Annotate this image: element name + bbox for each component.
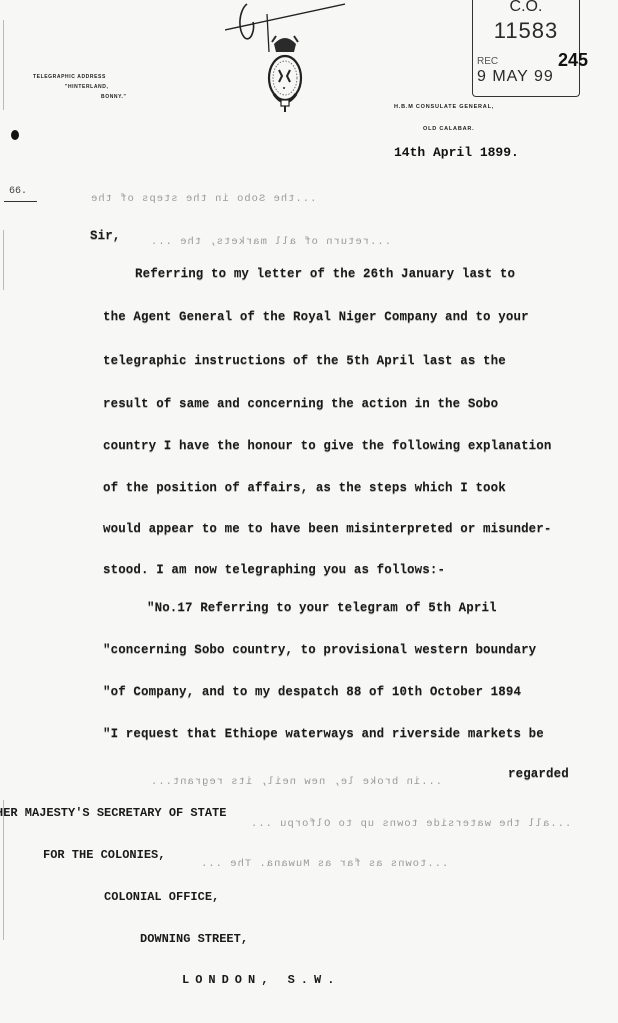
salutation: Sir, <box>90 229 120 243</box>
registry-stamp: C.O. 11583 REC 9 MAY 99 <box>472 0 580 97</box>
folio-number: 245 <box>558 50 588 71</box>
stamp-received-label: REC <box>477 56 498 67</box>
body-line: would appear to me to have been misinter… <box>103 522 551 536</box>
addressee-street: DOWNING STREET, <box>140 932 248 946</box>
ink-blot <box>11 130 19 140</box>
telegram-line: "No.17 Referring to your telegram of 5th… <box>147 601 497 615</box>
consulate-name: H.B.M CONSULATE GENERAL, <box>394 104 494 110</box>
letter-date: 14th April 1899. <box>394 145 519 160</box>
telegraphic-address-line2: BONNY." <box>101 94 126 100</box>
bleed-through-text: ...return of all markets, the ... <box>150 236 391 248</box>
telegraphic-address-line1: "HINTERLAND, <box>65 84 108 90</box>
bleed-through-text: ...in broke le, new neil, its regrant... <box>150 776 442 788</box>
bleed-through-text: ...towns as far as Muwana. The ... <box>200 858 448 870</box>
binding-edge <box>3 20 4 110</box>
telegram-line: "I request that Ethiope waterways and ri… <box>103 727 544 741</box>
body-line: stood. I am now telegraphing you as foll… <box>103 563 445 577</box>
binding-edge <box>3 800 4 940</box>
telegram-line: "of Company, and to my despatch 88 of 10… <box>103 685 521 699</box>
addressee-office: COLONIAL OFFICE, <box>104 890 219 904</box>
addressee-city: LONDON, S.W. <box>182 973 340 987</box>
binding-edge <box>3 230 4 290</box>
stamp-date: 9 MAY 99 <box>477 68 554 86</box>
margin-underline <box>4 201 37 202</box>
body-line: telegraphic instructions of the 5th Apri… <box>103 354 506 368</box>
bleed-through-text: ...the Sobo in the steps of the <box>90 193 316 205</box>
body-line: country I have the honour to give the fo… <box>103 439 551 453</box>
stamp-office: C.O. <box>473 0 579 16</box>
consulate-location: OLD CALABAR. <box>423 126 474 132</box>
telegram-line: regarded <box>508 767 569 781</box>
addressee-department: FOR THE COLONIES, <box>43 848 165 862</box>
royal-crest-icon <box>262 30 308 114</box>
addressee-title: HER MAJESTY'S SECRETARY OF STATE <box>0 806 226 820</box>
body-line: the Agent General of the Royal Niger Com… <box>103 310 529 324</box>
stamp-number: 11583 <box>473 18 579 44</box>
margin-note: 66. <box>9 186 27 197</box>
telegraphic-address-label: TELEGRAPHIC ADDRESS <box>33 74 106 80</box>
bleed-through-text: ...all the waterside towns up to Olforpu… <box>250 818 571 830</box>
body-line: result of same and concerning the action… <box>103 397 498 411</box>
telegram-line: "concerning Sobo country, to provisional… <box>103 643 536 657</box>
letter-page: TELEGRAPHIC ADDRESS "HINTERLAND, BONNY."… <box>0 0 618 1023</box>
body-line: of the position of affairs, as the steps… <box>103 481 506 495</box>
body-line: Referring to my letter of the 26th Janua… <box>135 267 515 281</box>
